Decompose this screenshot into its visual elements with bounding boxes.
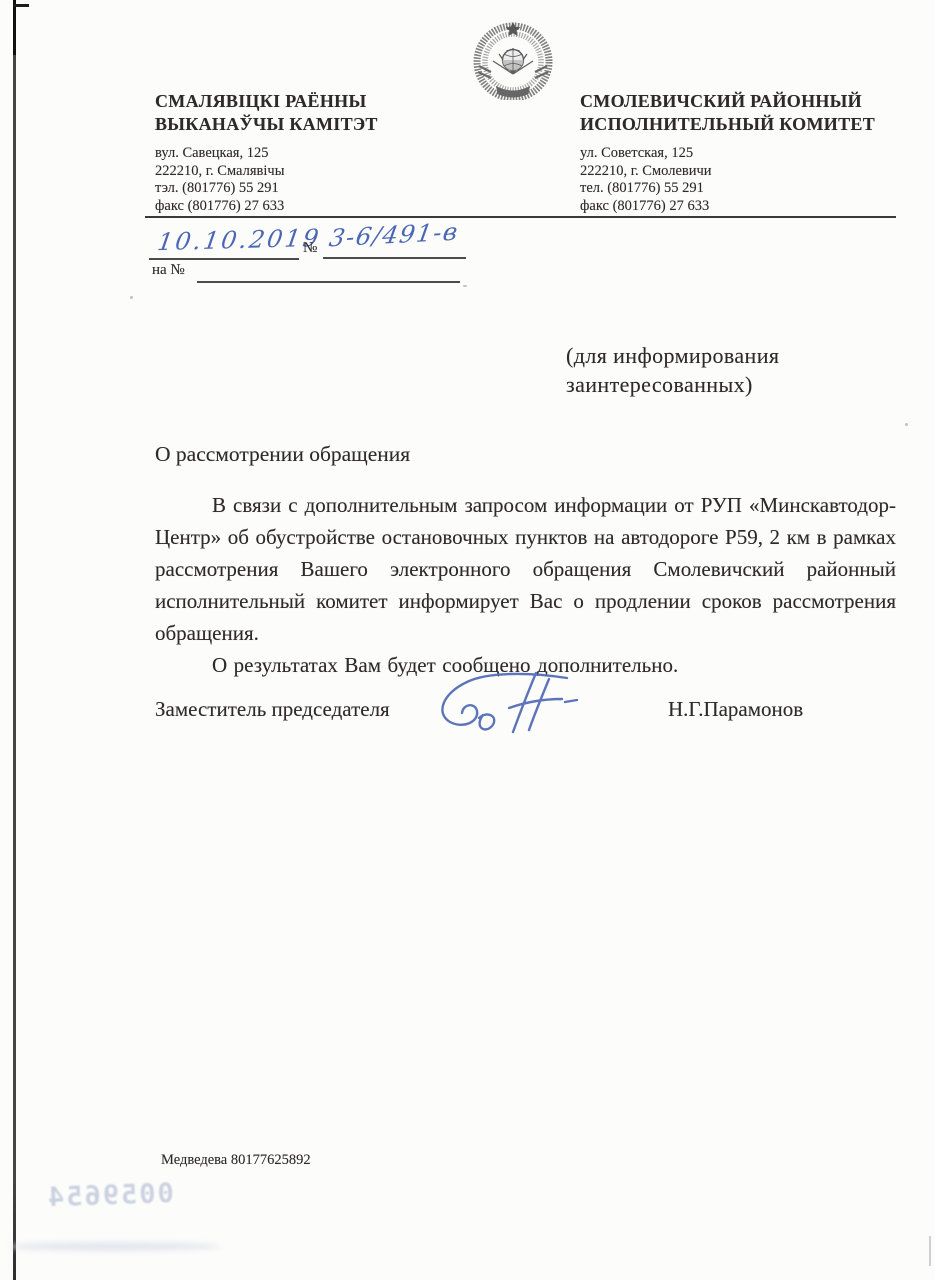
signoff-position-title: Заместитель председателя <box>155 697 390 722</box>
letterhead-right-address: ул. Советская, 125 222210, г. Смолевичи … <box>580 145 900 215</box>
letterhead-left-address-line: тэл. (801776) 55 291 <box>155 180 475 198</box>
letterhead-left-title-line1: СМАЛЯВІЦКІ РАЁННЫ <box>155 90 475 113</box>
letter-body: В связи с дополнительным запросом информ… <box>155 489 896 681</box>
letterhead-right-title-line1: СМОЛЕВИЧСКИЙ РАЙОННЫЙ <box>580 90 900 113</box>
letterhead-right-title: СМОЛЕВИЧСКИЙ РАЙОННЫЙ ИСПОЛНИТЕЛЬНЫЙ КОМ… <box>580 90 900 136</box>
scanned-letter-page: СМАЛЯВІЦКІ РАЁННЫ ВЫКАНАЎЧЫ КАМІТЭТ вул.… <box>0 0 935 1280</box>
letterhead-right-address-line: тел. (801776) 55 291 <box>580 180 900 198</box>
scan-smudge <box>8 1242 220 1251</box>
belarus-coat-of-arms-icon <box>469 20 557 105</box>
letterhead-right-title-line2: ИСПОЛНИТЕЛЬНЫЙ КОМИТЕТ <box>580 113 900 136</box>
reply-number-underline <box>197 281 460 283</box>
signature-scribble-icon <box>425 668 595 751</box>
scan-edge-left <box>13 0 16 1280</box>
scan-edge-top-corner <box>13 4 29 7</box>
date-underline <box>149 258 299 260</box>
reply-to-number-label: на № <box>152 262 185 279</box>
body-paragraph-1: В связи с дополнительным запросом информ… <box>155 489 896 649</box>
scan-speck <box>130 296 133 299</box>
outgoing-date-handwritten: 10.10.2019 <box>156 224 323 256</box>
addressee-note-line1: (для информирования <box>566 341 779 370</box>
letterhead-left-title: СМАЛЯВІЦКІ РАЁННЫ ВЫКАНАЎЧЫ КАМІТЭТ <box>155 90 475 136</box>
addressee-note-line2: заинтересованных) <box>566 370 779 399</box>
scan-speck <box>463 285 467 287</box>
letterhead-right-address-line: ул. Советская, 125 <box>580 145 900 163</box>
scan-speck <box>905 423 908 426</box>
letterhead-left-address-line: факс (801776) 27 633 <box>155 198 475 216</box>
letterhead-right-address-line: факс (801776) 27 633 <box>580 198 900 216</box>
number-underline <box>323 257 466 259</box>
scan-edge-right <box>929 1236 931 1266</box>
letterhead-divider-rule <box>145 216 896 218</box>
letterhead-left: СМАЛЯВІЦКІ РАЁННЫ ВЫКАНАЎЧЫ КАМІТЭТ вул.… <box>155 90 475 215</box>
letterhead-left-address-line: 222210, г. Смалявічы <box>155 163 475 181</box>
subject-line: О рассмотрении обращения <box>155 442 410 467</box>
executor-footer: Медведева 80177625892 <box>161 1152 311 1169</box>
letterhead-right: СМОЛЕВИЧСКИЙ РАЙОННЫЙ ИСПОЛНИТЕЛЬНЫЙ КОМ… <box>580 90 900 215</box>
signoff-name: Н.Г.Парамонов <box>668 697 803 722</box>
letterhead-left-address: вул. Савецкая, 125 222210, г. Смалявічы … <box>155 145 475 215</box>
bleedthrough-stamp-number: 0059654 <box>45 1178 174 1213</box>
number-sign-label: № <box>303 240 317 257</box>
addressee-note: (для информирования заинтересованных) <box>566 341 779 399</box>
letterhead-left-address-line: вул. Савецкая, 125 <box>155 145 475 163</box>
letterhead-left-title-line2: ВЫКАНАЎЧЫ КАМІТЭТ <box>155 113 475 136</box>
outgoing-number-handwritten: 3-6/491-в <box>327 218 461 253</box>
letterhead-right-address-line: 222210, г. Смолевичи <box>580 163 900 181</box>
